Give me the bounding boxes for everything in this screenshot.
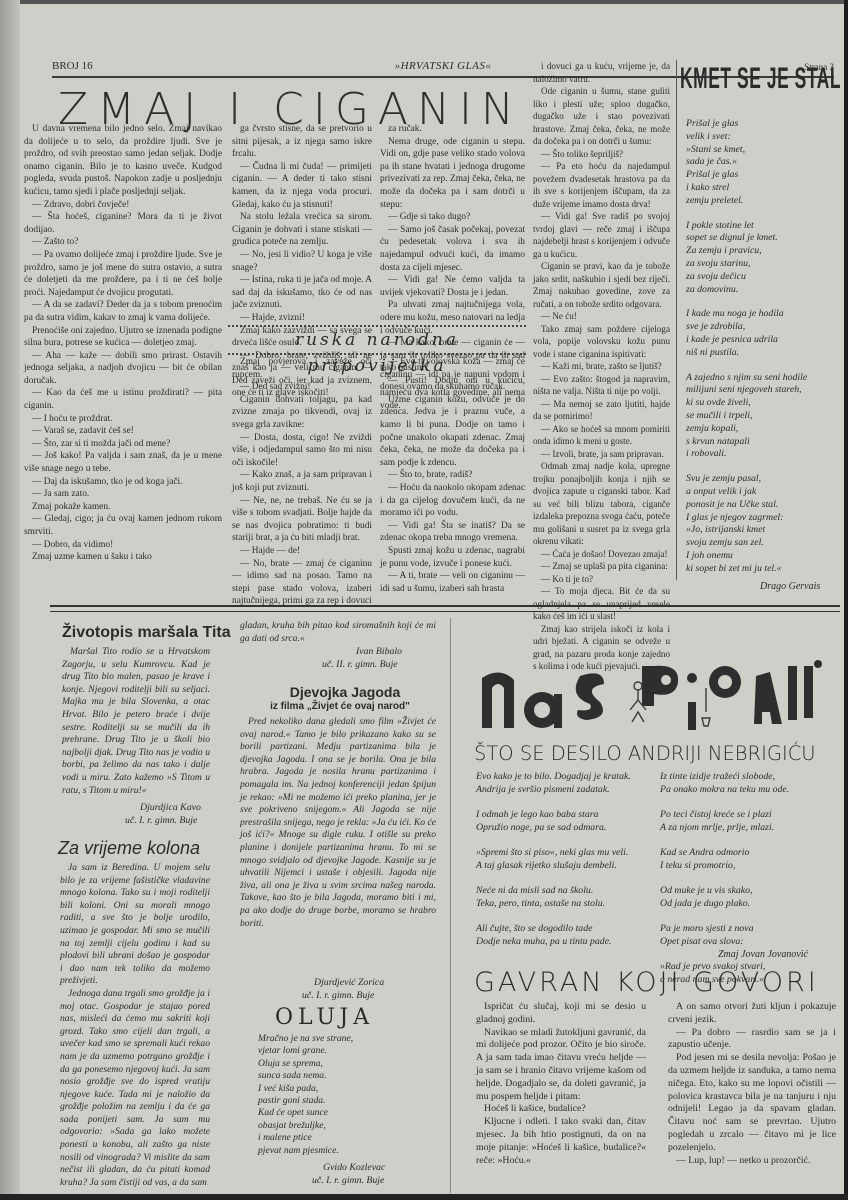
- verse-line: Za zemju i pravicu,: [686, 245, 836, 258]
- verse-line: vjetar lomi grane.: [258, 1045, 438, 1057]
- jagoda-paragraph: Pred nekoliko dana gledali smo film »Živ…: [240, 716, 436, 930]
- article-body-kolona: Ja sam iz Beredina. U mojem selu bilo je…: [60, 862, 210, 1189]
- verse-line: sada je čas.«: [686, 156, 836, 169]
- paragraph: — Vidi ga! Sve radiš po svojoj tvrdoj gl…: [533, 210, 670, 260]
- paragraph: — Pa eto hoću da najedampul povežem dvad…: [533, 160, 670, 210]
- verse-line: Neće ni da misli sad na školu.: [476, 884, 648, 897]
- verse-line: Andrija je svršio pismeni zadatak.: [476, 783, 648, 796]
- verse-line: za svoju dečicu: [686, 271, 836, 284]
- verse-line: pastir goni stada.: [258, 1095, 438, 1107]
- paragraph: Spusti zmaj kožu u zdenac, nagrabi je pu…: [380, 545, 525, 570]
- paragraph: Zmaj uzme kamen u šaku i tako: [24, 551, 222, 564]
- poem-andrija-right: Iz tinte izidje tražeći slobode,Pa onako…: [660, 770, 840, 998]
- scan-edge-top: [0, 0, 848, 4]
- paragraph: Odmah zmaj nadje kola, upregne trojku po…: [533, 460, 670, 548]
- verse-line: I već kiša pada,: [258, 1083, 438, 1095]
- verse-line: i malene ptice: [258, 1132, 438, 1144]
- paragraph: — Zdravo, dobri čovječe!: [24, 199, 222, 212]
- verse-line: sve je zdrobila,: [686, 321, 836, 334]
- verse-line: Opružio noge, pa se sad odmara.: [476, 821, 648, 834]
- verse-line: Od muke je u vis skako,: [660, 884, 840, 897]
- paragraph: — Istina, ruka ti je jača od moje. A sad…: [232, 274, 372, 312]
- article-body-jagoda: Pred nekoliko dana gledali smo film »Živ…: [240, 716, 436, 930]
- zmaj-column-3b: — Evo ti volovska koža — zmaj će ciganin…: [380, 356, 525, 595]
- paragraph: — Gdje si tako dugo?: [380, 211, 525, 224]
- verse-line: zemju kopali,: [686, 423, 836, 436]
- paragraph: Zmaj povjerova i zaveže oči rupcem.: [232, 356, 372, 381]
- paragraph: — Pa ovamo dolijeće zmaj i proždire ljud…: [24, 249, 222, 299]
- author-jagoda: Djurdjević Zorica: [314, 977, 384, 988]
- verse-line: za svoju starinu,: [686, 258, 836, 271]
- stanza: Od muke je u vis skako,Od jada je dugo p…: [660, 884, 840, 910]
- paragraph: — Ne ću!: [533, 310, 670, 323]
- paragraph: — I hoću te proždrat.: [24, 413, 222, 426]
- stanza: »Spremi što si piso«, neki glas mu veli.…: [476, 846, 648, 872]
- paragraph: A on samo otvori žuti kljun i pokazuje c…: [668, 1001, 836, 1027]
- school-kolona: uč. II. r. gimn. Buje: [322, 659, 398, 670]
- verse-line: milijuni seni njegoveh stareh,: [686, 384, 836, 397]
- poem-oluja: Mračno je na sve strane,vjetar lomi gran…: [258, 1033, 438, 1157]
- paragraph: — Pa dobro — rasrdio sam se ja i zapusti…: [668, 1027, 836, 1053]
- paragraph: Prenoćiše oni zajedno. Ujutro se iznenad…: [24, 325, 222, 350]
- poem-title-kmet: KMET SE JE STAL: [680, 62, 837, 96]
- stanza: Svu je zemju pasal,a onput velik i jakpo…: [686, 473, 836, 575]
- verse-line: sunca sada nema.: [258, 1070, 438, 1082]
- verse-line: I kade mu noga je hodila: [686, 308, 836, 321]
- article-title-jagoda: Djevojka Jagoda: [270, 684, 420, 700]
- verse-line: I pokle stotine let: [686, 220, 836, 233]
- nas-pionir-banner: [470, 658, 840, 738]
- stanza: I kade mu noga je hodilasve je zdrobila,…: [686, 308, 836, 359]
- school-oluja: uč. I. r. gimn. Buje: [312, 1175, 384, 1186]
- paragraph: — Vidi ga! Ne ćemo valjda ta uvijek vjek…: [380, 274, 525, 299]
- paragraph: Navikao se mladi žutokljuni gavranić, da…: [476, 1027, 646, 1104]
- author-kmet: Drago Gervais: [760, 581, 820, 592]
- paragraph: U davna vremena bilo jedno selo. Zmaj na…: [24, 123, 222, 199]
- tito-paragraph: Maršal Tito rodio se u Hrvatskom Zagorju…: [62, 646, 210, 797]
- zmaj-column-4: i dovuci ga u kuću, vrijeme je, da nalož…: [533, 60, 670, 673]
- verse-line: »Stani se kmet,: [686, 144, 836, 157]
- kolona-paragraph: Jednoga dana trgali smo grožđje ja i moj…: [60, 988, 210, 1190]
- verse-line: i kako strel: [686, 182, 836, 195]
- verse-line: Evo kako je to bilo. Dogadjaj je kratak.: [476, 770, 648, 783]
- verse-line: I glas je njegov zagrmel:: [686, 512, 836, 525]
- pionir-illustration-icon: [470, 658, 840, 738]
- verse-line: za domovinu.: [686, 284, 836, 297]
- paragraph: — Varaš se, zadavit ćeš se!: [24, 425, 222, 438]
- newspaper-page: BROJ 16 »HRVATSKI GLAS« Strana 3 ZMAJ I …: [0, 0, 848, 1200]
- stanza: Ali čujte, što se dogodilo tadeDodje nek…: [476, 922, 648, 948]
- stanza: Evo kako je to bilo. Dogadjaj je kratak.…: [476, 770, 648, 796]
- paragraph: — Gledaj, cigo; ja ću ovaj kamen jednom …: [24, 513, 222, 538]
- verse-line: Od jada je dugo plako.: [660, 897, 840, 910]
- paragraph: Nema druge, ode ciganin u stepu. Vidi on…: [380, 136, 525, 212]
- scan-edge-left: [0, 0, 20, 1200]
- poem-andrija-left: Evo kako je to bilo. Dogadjaj je kratak.…: [476, 770, 648, 960]
- paragraph: Zmaj pokaže kamen.: [24, 501, 222, 514]
- verse-line: obasjat brežuljke,: [258, 1120, 438, 1132]
- poem-kmet: Prišal je glasvelik i svet:»Stani se kme…: [686, 118, 836, 588]
- paragraph: — Hajde — de!: [232, 545, 372, 558]
- verse-line: Oluja se sprema,: [258, 1058, 438, 1070]
- verse-line: Po teci čistoj kreće se i plazi: [660, 808, 840, 821]
- paragraph: Ode ciganin u šumu, stane guliti liko i …: [533, 85, 670, 148]
- paragraph: — Zašto to?: [24, 236, 222, 249]
- verse-line: Pa je moro sjesti z nova: [660, 922, 840, 935]
- verse-line: zemju preletel.: [686, 195, 836, 208]
- paragraph: — Aha — kaže — dobili smo prirast. Ostav…: [24, 350, 222, 388]
- verse-line: A zajedno s njim su seni hodile: [686, 372, 836, 385]
- paragraph: — Ćaća je došao! Dovezao zmaja!: [533, 548, 670, 561]
- kolona-paragraph: Ja sam iz Beredina. U mojem selu bilo je…: [60, 862, 210, 988]
- verse-line: svoju zemju san zel.: [686, 537, 836, 550]
- paragraph: — Ded sad zvizni!: [232, 381, 372, 394]
- verse-line: Kad će opet sunce: [258, 1107, 438, 1119]
- paragraph: — Ma nemoj se zato ljutiti, hajde da se …: [533, 398, 670, 423]
- article-body-tito: Maršal Tito rodio se u Hrvatskom Zagorju…: [62, 646, 210, 797]
- stanza: Neće ni da misli sad na školu.Teka, pero…: [476, 884, 648, 910]
- paragraph: Kljucne i odleti. I tako svaki dan, čita…: [476, 1116, 646, 1167]
- verse-line: I teku si promotrio,: [660, 859, 840, 872]
- verse-line: Ali čujte, što se dogodilo tade: [476, 922, 648, 935]
- paragraph: — No, brate — zmaj će ciganinu — idimo s…: [232, 558, 372, 608]
- verse-line: ki su ovde živeli,: [686, 397, 836, 410]
- paragraph: — Hajde, zvizni!: [232, 312, 372, 325]
- paragraph: — Kaži mi, brate, zašto se ljutiš?: [533, 360, 670, 373]
- paragraph: — Izvoli, brate, ja sam pripravan.: [533, 448, 670, 461]
- paragraph: — Evo zašto: štogod ja napravim, ništa n…: [533, 373, 670, 398]
- section-divider-thin: [50, 611, 840, 612]
- paragraph: Hoćeš li kašice, budalice?: [476, 1103, 646, 1116]
- column-divider: [450, 618, 451, 1193]
- stanza: I pokle stotine letsopet se dignul je km…: [686, 220, 836, 297]
- paragraph: — Kao da ćeš me u istinu proždirati? — p…: [24, 387, 222, 412]
- verse-line: »Spremi što si piso«, neki glas mu veli.: [476, 846, 648, 859]
- stanza: Pa je moro sjesti z novaOpet pisat ova s…: [660, 922, 840, 948]
- article-subtitle-jagoda: iz filma „Živjet će ovaj narod": [242, 701, 438, 712]
- paragraph: — Ne, ne, ne trebaš. Ne ću se ja više s …: [232, 495, 372, 545]
- verse-line: Prišal je glas: [686, 169, 836, 182]
- paragraph: — Čudna li mi čuda! — primijeti ciganin.…: [232, 161, 372, 211]
- paragraph: — Ja sam zato.: [24, 488, 222, 501]
- verse-line: pjevat nam pjesmice.: [258, 1145, 438, 1157]
- verse-line: se mučili i trpeli,: [686, 410, 836, 423]
- stanza: Po teci čistoj kreće se i plaziA za njom…: [660, 808, 840, 834]
- verse-line: Kad se Andra odmorio: [660, 846, 840, 859]
- verse-line: velik i svet:: [686, 131, 836, 144]
- paragraph: — Ko ti je to?: [533, 573, 670, 586]
- zmaj-column-1: U davna vremena bilo jedno selo. Zmaj na…: [24, 123, 222, 564]
- paragraph: — Lup, lup! — netko u prozorčić.: [668, 1155, 836, 1168]
- column-divider: [676, 60, 677, 580]
- stanza: Iz tinte izidje tražeći slobode,Pa onako…: [660, 770, 840, 796]
- school-jagoda: uč. I. r. gimn. Buje: [302, 990, 374, 1001]
- verse-line: niš ni pustila.: [686, 347, 836, 360]
- paragraph: ga čvrsto stisne, da se pretvorio u sitn…: [232, 123, 372, 161]
- author-oluja: Gvido Kozlevac: [323, 1162, 385, 1173]
- paragraph: i dovuci ga u kuću, vrijeme je, da nalož…: [533, 60, 670, 85]
- paragraph: — Kako znaš, a ja sam pripravan i još ko…: [232, 469, 372, 494]
- stanza: I odmah je lego kao baba staraOpružio no…: [476, 808, 648, 834]
- school-tito: uč. I. r. gimn. Buje: [125, 815, 197, 826]
- article-title-kolona: Za vrijeme kolona: [58, 838, 200, 859]
- zmaj-subtitle-banner: ruska narodna pripovijetka: [228, 325, 526, 355]
- author-tito: Djurdjica Kavo: [140, 802, 201, 813]
- paragraph: — Evo ti volovska koža — zmaj će ciganin…: [380, 356, 525, 394]
- verse-line: A za njom mrlje, prlje, mlazi.: [660, 821, 840, 834]
- stanza: Kad se Andra odmorioI teku si promotrio,: [660, 846, 840, 872]
- verse-line: »Jo, istrijanski kmet: [686, 524, 836, 537]
- verse-line: i kade je pesnica udrila: [686, 334, 836, 347]
- paragraph: — Vidi ga! Šta se inatiš? Da se zdenac o…: [380, 520, 525, 545]
- scan-edge-right: [844, 0, 848, 1200]
- author-andrija: Zmaj Jovan Jovanović: [718, 949, 808, 960]
- paragraph: — Zmaj se uplaši pa pita ciganina:: [533, 560, 670, 573]
- verse-line: a onput velik i jak: [686, 486, 836, 499]
- paragraph: — No, jesi li vidio? U koga je više snag…: [232, 249, 372, 274]
- verse-line: Svu je zemju pasal,: [686, 473, 836, 486]
- verse-line: Pa onako mokra na teku mu ode.: [660, 783, 840, 796]
- kolona-paragraph: gladan, kruha bih pitao kod siromašnih k…: [240, 620, 436, 645]
- verse-line: Mračno je na sve strane,: [258, 1033, 438, 1045]
- article-gavran-right: A on samo otvori žuti kljun i pokazuje c…: [668, 1001, 836, 1167]
- scan-edge-bottom: [0, 1194, 848, 1200]
- verse-line: Iz tinte izidje tražeći slobode,: [660, 770, 840, 783]
- verse-line: s krvun natapali: [686, 436, 836, 449]
- verse-line: i robovali.: [686, 448, 836, 461]
- verse-line: I odmah je lego kao baba stara: [476, 808, 648, 821]
- section-divider: [50, 605, 840, 607]
- paragraph: — A da se zadavi? Deder da ja s tobom pr…: [24, 299, 222, 324]
- paragraph: — Što, zar si ti možda jači od mene?: [24, 438, 222, 451]
- article-title-gavran: GAVRAN KOJI GOVORI: [474, 967, 819, 998]
- poem-title-andrija: ŠTO SE DESILO ANDRIJI NEBRIGIĆU: [474, 742, 816, 765]
- verse-line: A taj glasak rijetko slušaju dembeli.: [476, 859, 648, 872]
- paragraph: — Hoću da naokolo okopam zdenac i da ga …: [380, 482, 525, 520]
- poem-title-oluja: OLUJA: [275, 1005, 374, 1030]
- article-gavran-left: Ispričat ću slučaj, koji mi se desio u g…: [476, 1001, 646, 1167]
- verse-line: Prišal je glas: [686, 118, 836, 131]
- paragraph: za ručak.: [380, 123, 525, 136]
- stanza: A zajedno s njim su seni hodilemilijuni …: [686, 372, 836, 462]
- paragraph: — Šta hoćeš, ciganine? Mora da ti je živ…: [24, 211, 222, 236]
- zmaj-column-2b: Zmaj povjerova i zaveže oči rupcem.— Ded…: [232, 356, 372, 608]
- kolona-continued: gladan, kruha bih pitao kod siromašnih k…: [240, 620, 436, 645]
- paragraph: — Ako se hoćeš sa mnom pomiriti onda idi…: [533, 423, 670, 448]
- paragraph: — Dosta, dosta, cigo! Ne zviždi više, i …: [232, 432, 372, 470]
- paragraph: Uzme ciganin kožu, odvuče je do zdenca. …: [380, 394, 525, 470]
- verse-line: Teka, pero, tinta, ostaše na stolu.: [476, 897, 648, 910]
- author-kolona: Ivan Bibalo: [356, 646, 402, 657]
- stanza: Prišal je glasvelik i svet:»Stani se kme…: [686, 118, 836, 208]
- verse-line: ponosit je na Učke stal.: [686, 499, 836, 512]
- verse-line: sopet se dignul je kmet.: [686, 232, 836, 245]
- verse-line: I joh onemu: [686, 550, 836, 563]
- paragraph: — Daj da iskušamo, tko je od koga jači.: [24, 476, 222, 489]
- paragraph: — Još kako! Pa valjda i sam znaš, da je …: [24, 450, 222, 475]
- verse-line: Opet pisat ova slova:: [660, 935, 840, 948]
- paragraph: — Što to, brate, radiš?: [380, 469, 525, 482]
- article-title-tito: Životopis maršala Tita: [62, 624, 231, 642]
- verse-line: Dodje neka muha, pa u tintu pade.: [476, 935, 648, 948]
- paragraph: — Što toliko šepriljiš?: [533, 148, 670, 161]
- paragraph: Tako zmaj sam poždere cijeloga vola, pop…: [533, 323, 670, 361]
- paragraph: Ispričat ću slučaj, koji mi se desio u g…: [476, 1001, 646, 1027]
- paragraph: Ciganin se pravi, kao da je tobože jako …: [533, 260, 670, 310]
- paragraph: Ciganin dohvati toljagu, pa kad zvizne z…: [232, 394, 372, 432]
- paragraph: — Samo još časak počekaj, povezat ću ped…: [380, 224, 525, 274]
- paragraph: Pod jesen mi se desila nevolja: Pošao je…: [668, 1052, 836, 1154]
- paragraph: — A ti, brate — veli on ciganinu — idi s…: [380, 570, 525, 595]
- paragraph: — To moja djeca. Bit će da su ogladnjela…: [533, 585, 670, 623]
- paragraph: Na stolu ležala vrećica sa sirom. Cigani…: [232, 211, 372, 249]
- verse-line: ki sopet bi zet mi ju tel.«: [686, 563, 836, 576]
- paragraph: — Dobro, da vidimo!: [24, 539, 222, 552]
